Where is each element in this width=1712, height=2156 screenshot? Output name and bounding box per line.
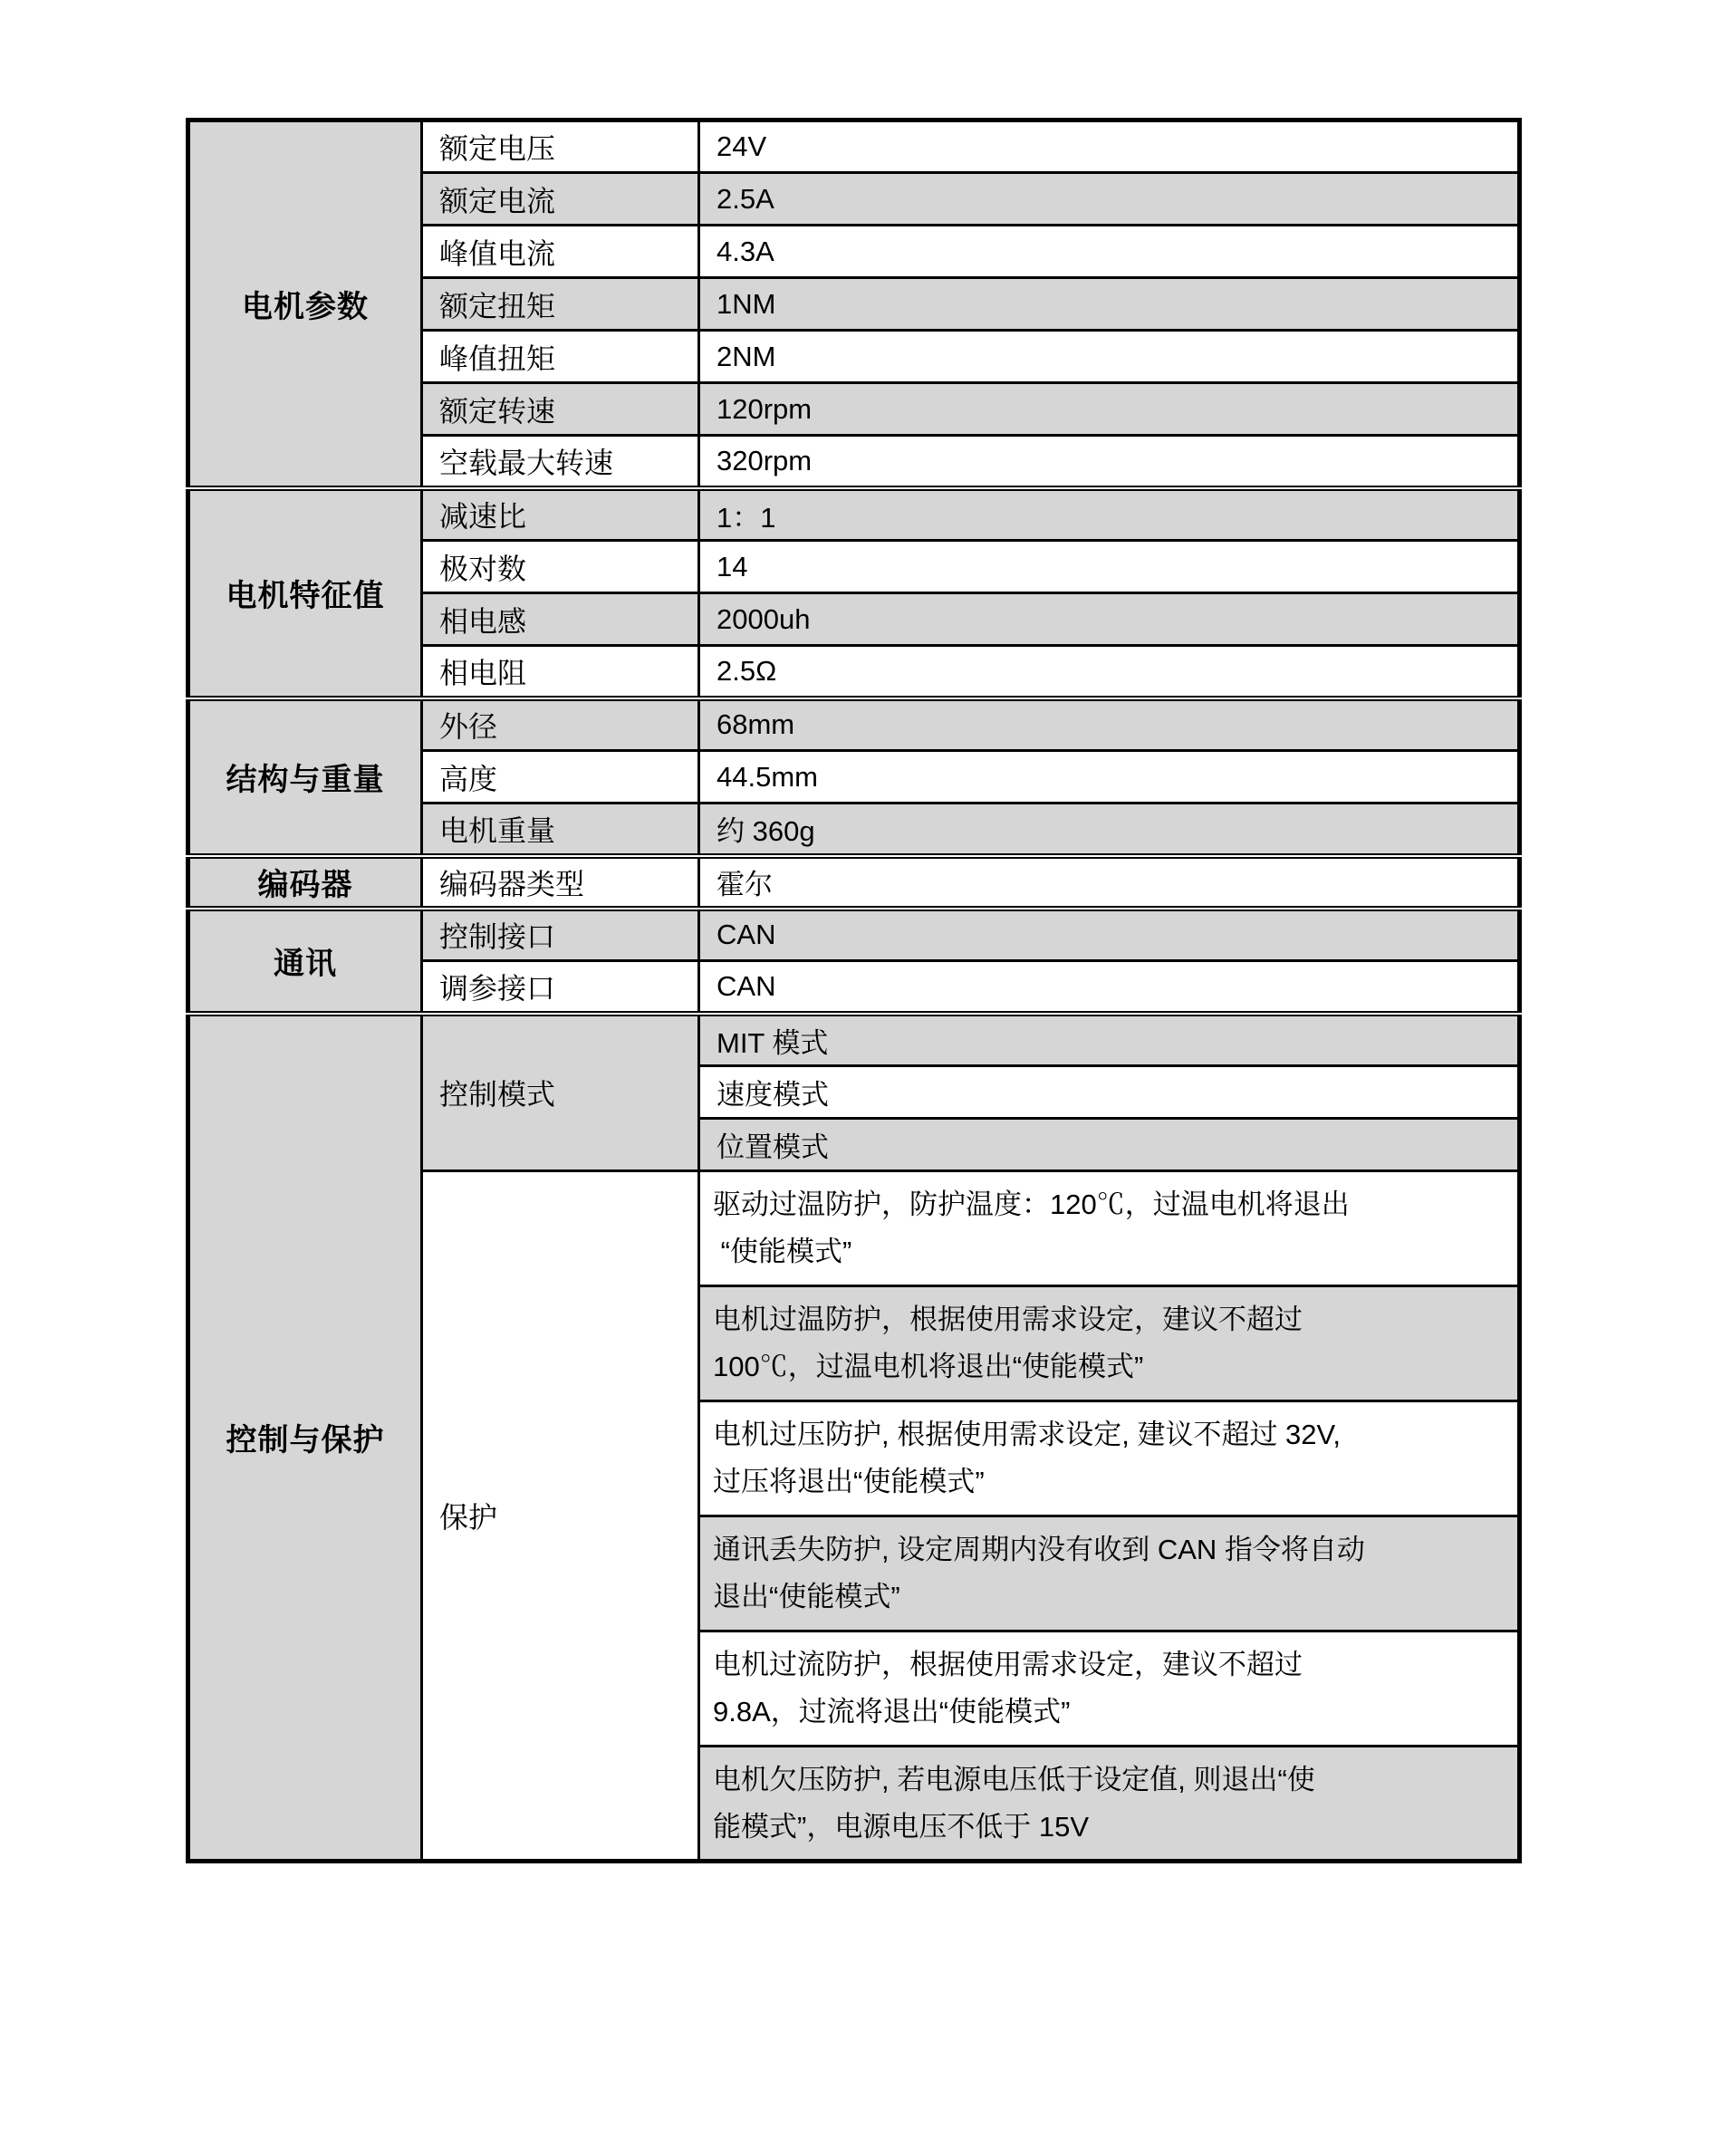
section-encoder: 编码器 xyxy=(188,856,422,909)
row-label: 额定转速 xyxy=(422,383,699,436)
control-mode-value: MIT 模式 xyxy=(699,1014,1520,1066)
row-label: 空载最大转速 xyxy=(422,436,699,488)
spec-table: 电机参数 额定电压 24V 额定电流 2.5A 峰值电流 4.3A 额定扭矩 1… xyxy=(186,118,1522,1863)
row-label: 调参接口 xyxy=(422,961,699,1014)
row-value: CAN xyxy=(699,909,1520,961)
row-value: 2.5A xyxy=(699,173,1520,226)
row-label: 相电感 xyxy=(422,593,699,646)
row-value: 2.5Ω xyxy=(699,646,1520,698)
row-value: CAN xyxy=(699,961,1520,1014)
row-label: 额定电压 xyxy=(422,120,699,173)
motor-spec-table: 电机参数 额定电压 24V 额定电流 2.5A 峰值电流 4.3A 额定扭矩 1… xyxy=(186,118,1522,1863)
section-motor-characteristics: 电机特征值 xyxy=(188,488,422,698)
row-value: 约 360g xyxy=(699,804,1520,856)
row-label: 相电阻 xyxy=(422,646,699,698)
row-value: 120rpm xyxy=(699,383,1520,436)
row-value: 2000uh xyxy=(699,593,1520,646)
section-motor-params: 电机参数 xyxy=(188,120,422,488)
section-control-protection: 控制与保护 xyxy=(188,1014,422,1862)
row-label: 峰值电流 xyxy=(422,226,699,278)
row-label: 控制接口 xyxy=(422,909,699,961)
row-label: 额定电流 xyxy=(422,173,699,226)
row-value: 1：1 xyxy=(699,488,1520,541)
control-mode-value: 速度模式 xyxy=(699,1066,1520,1119)
section-communication: 通讯 xyxy=(188,909,422,1014)
row-label: 极对数 xyxy=(422,541,699,593)
row-label: 高度 xyxy=(422,751,699,804)
row-value: 1NM xyxy=(699,278,1520,331)
row-value: 44.5mm xyxy=(699,751,1520,804)
row-label: 额定扭矩 xyxy=(422,278,699,331)
row-label: 电机重量 xyxy=(422,804,699,856)
control-mode-cell: 控制模式 xyxy=(422,1014,699,1171)
protection-text: 电机过温防护，根据使用需求设定，建议不超过 100℃，过温电机将退出“使能模式” xyxy=(699,1286,1520,1401)
row-value: 14 xyxy=(699,541,1520,593)
row-value: 2NM xyxy=(699,331,1520,383)
protection-text: 电机欠压防护, 若电源电压低于设定值, 则退出“使 能模式”，电源电压不低于 1… xyxy=(699,1747,1520,1862)
row-value: 320rpm xyxy=(699,436,1520,488)
row-value: 霍尔 xyxy=(699,856,1520,909)
protection-cell: 保护 xyxy=(422,1171,699,1862)
row-label: 编码器类型 xyxy=(422,856,699,909)
protection-text: 驱动过温防护，防护温度：120℃，过温电机将退出 “使能模式” xyxy=(699,1171,1520,1286)
row-value: 24V xyxy=(699,120,1520,173)
control-mode-value: 位置模式 xyxy=(699,1119,1520,1171)
row-value: 4.3A xyxy=(699,226,1520,278)
protection-text: 通讯丢失防护, 设定周期内没有收到 CAN 指令将自动 退出“使能模式” xyxy=(699,1516,1520,1631)
row-value: 68mm xyxy=(699,698,1520,751)
protection-text: 电机过流防护，根据使用需求设定，建议不超过 9.8A，过流将退出“使能模式” xyxy=(699,1631,1520,1747)
row-label: 减速比 xyxy=(422,488,699,541)
row-label: 外径 xyxy=(422,698,699,751)
row-label: 峰值扭矩 xyxy=(422,331,699,383)
protection-text: 电机过压防护, 根据使用需求设定, 建议不超过 32V, 过压将退出“使能模式” xyxy=(699,1401,1520,1516)
section-structure-weight: 结构与重量 xyxy=(188,698,422,856)
